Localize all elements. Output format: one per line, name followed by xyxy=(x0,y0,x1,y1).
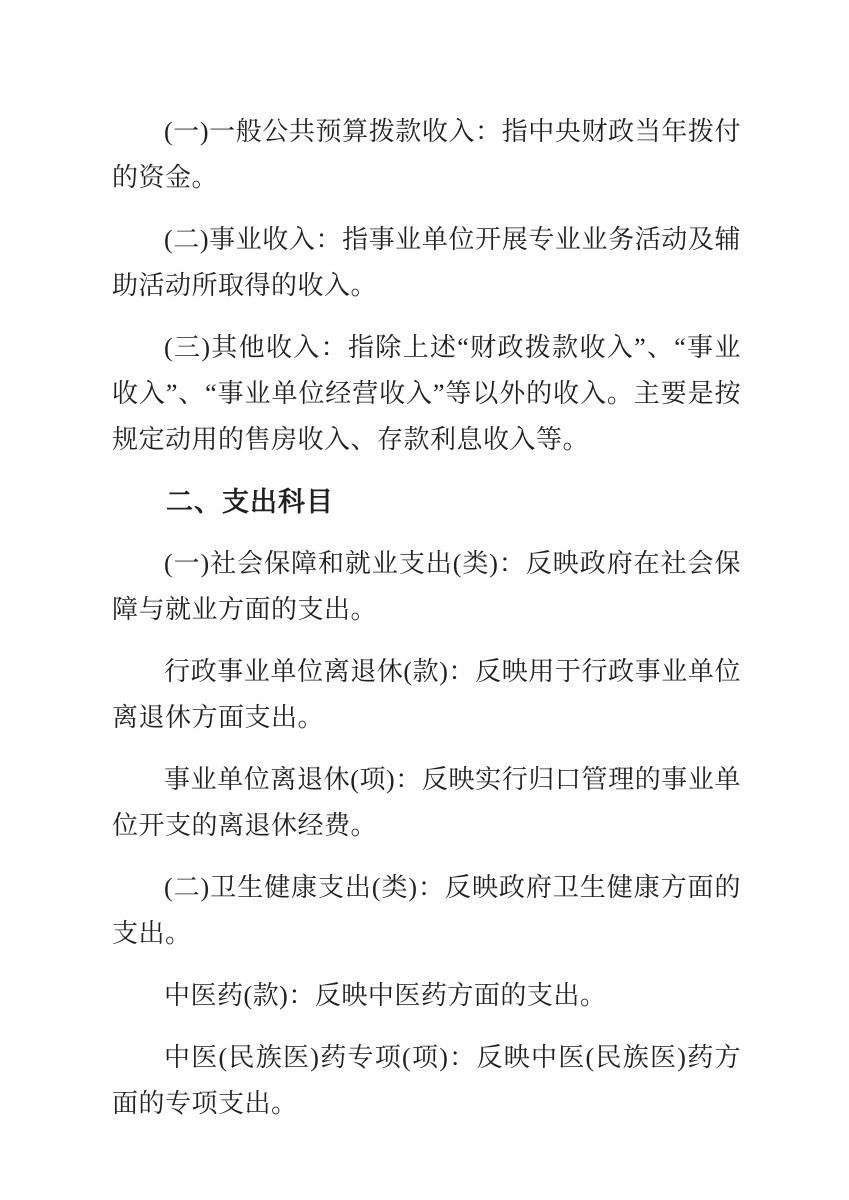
paragraph: (三)其他收入：指除上述“财政拨款收入”、“事业收入”、“事业单位经营收入”等以… xyxy=(112,325,741,463)
paragraph: (二)事业收入：指事业单位开展专业业务活动及辅助活动所取得的收入。 xyxy=(112,217,741,309)
section-heading: 二、支出科目 xyxy=(112,479,741,525)
paragraph: 事业单位离退休(项)：反映实行归口管理的事业单位开支的离退休经费。 xyxy=(112,757,741,849)
document-page: (一)一般公共预算拨款收入：指中央财政当年拨付的资金。(二)事业收入：指事业单位… xyxy=(0,0,849,1200)
paragraph: 中医药(款)：反映中医药方面的支出。 xyxy=(112,973,741,1019)
paragraph: 行政事业单位离退休(款)：反映用于行政事业单位离退休方面支出。 xyxy=(112,649,741,741)
paragraph: (一)一般公共预算拨款收入：指中央财政当年拨付的资金。 xyxy=(112,109,741,201)
paragraph: 中医(民族医)药专项(项)：反映中医(民族医)药方面的专项支出。 xyxy=(112,1035,741,1127)
document-body: (一)一般公共预算拨款收入：指中央财政当年拨付的资金。(二)事业收入：指事业单位… xyxy=(112,109,741,1127)
paragraph: (一)社会保障和就业支出(类)：反映政府在社会保障与就业方面的支出。 xyxy=(112,541,741,633)
paragraph: (二)卫生健康支出(类)：反映政府卫生健康方面的支出。 xyxy=(112,865,741,957)
